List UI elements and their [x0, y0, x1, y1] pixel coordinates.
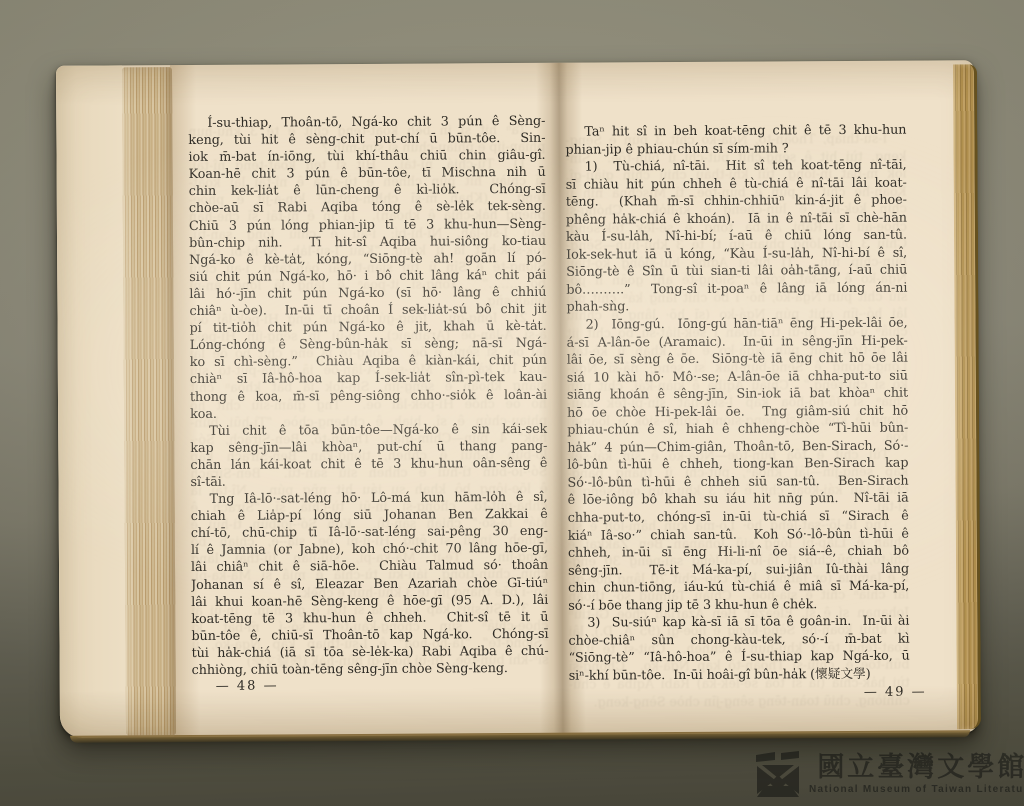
text-line: 3) Su-siúⁿ kap kà-sī iā sī tōa ê goân-in… — [568, 613, 909, 633]
text-line: lâi khui koan-hē Sèng-keng ê hōe-gī (95 … — [191, 591, 548, 610]
text-line: 1) Tù-chiá, nî-tāi. Hit sî teh koat-tēng… — [566, 157, 907, 177]
text-line: Siōng-tè ê Sîn ū tùi sian-ti lâi oa̍h-tā… — [566, 262, 907, 282]
text-line: lâi hó·-jīn chit pún Ngá-ko (sī hō· lâng… — [189, 284, 546, 303]
text-line: chhiòng, chiū toàn-tēng sêng-jīn chòe Sè… — [192, 660, 549, 679]
text-line: lâi chiâⁿ chit ê siā-hōe. Chiàu Talmud s… — [191, 557, 548, 576]
text-line: sêng-jīn. Tē-it Má-ka-pí, sui-jiân Iû-th… — [568, 560, 909, 580]
text-line: chiâⁿ ù-òe). In-ūi tī choân Í sek-lia̍t-… — [189, 301, 546, 320]
text-line: tēng. (Khah m̄-sī chhin-chhiūⁿ kin-á-jit… — [566, 192, 907, 212]
text-line: chòe-aū sī Rabi Aqiba tóng ê sè-le̍k tek… — [189, 198, 546, 217]
text-line: Só·-lô-bûn tì-hūi ê chheh siū san-tû. Be… — [567, 473, 908, 493]
text-line: Taⁿ hit sî in beh koat-tēng chit ê tē 3 … — [565, 122, 906, 142]
text-line: lô-bûn tì-hūi ê chheh, tiong-kan Ben-Sir… — [567, 455, 908, 475]
text-line: chheh, in-ūi sī ēng Hi-li-nî ōe siá--ê, … — [568, 543, 909, 563]
text-line: Johanan sí ê sî, Eleazar Ben Azariah chò… — [191, 574, 548, 593]
text-line: kap sêng-jīn—lâi khòaⁿ, put-chí ū thang … — [190, 438, 547, 457]
text-line: chha-put-to, chóng-sī in-ūi tù-chiá sī “… — [568, 508, 909, 528]
book-bottom-edge — [70, 730, 970, 742]
text-line: chhiòng, chiū toàn-tēng sêng-jīn chòe Sè… — [569, 692, 910, 712]
text-line: phêng ha̍k-chiá ê khoán). Iā in ê nî-tāi… — [566, 209, 907, 229]
text-line: siá 10 kài hō· Mô·-se; A-lân-ōe iā chha-… — [567, 367, 908, 387]
text-line: phiau-chún ê sî, hiah ê chheng-chòe “Tì-… — [567, 420, 908, 440]
text-line: chòe-chiâⁿ sûn chong-kàu-tek, só·-í m̄-b… — [568, 630, 909, 650]
text-line: sī chiàu hit pún chheh ê tù-chiá ê nî-tā… — [566, 174, 907, 194]
left-page-number: — 48 — — [216, 678, 279, 693]
left-page-outer-margin — [56, 65, 126, 737]
text-line: 2) Iōng-gú. Iōng-gú hān-tiāⁿ ēng Hi-pek-… — [566, 315, 907, 335]
text-line: bûn-chip nih. Tī hit-sî Aqiba hui-siông … — [189, 232, 546, 251]
text-line: siú chit pún Ngá-ko, hō· i bô chit lâng … — [189, 267, 546, 286]
text-line: kiáⁿ Iâ-so·” chiah san-tû. Koh Só·-lô-bû… — [568, 525, 909, 545]
text-line: hō ōe chòe Hi-pek-lâi ōe. Tng giâm-siú c… — [567, 402, 908, 422]
text-line: kàu Í-su-la̍h, Nî-hi-bí; í-aū ê chiū lón… — [566, 227, 907, 247]
museum-name-en: National Museum of Taiwan Literature — [809, 784, 1024, 796]
text-line: sî-tāi. — [190, 472, 547, 491]
text-line: chiah ê Lia̍p-pí lóng siū Johanan Ben Za… — [191, 506, 548, 525]
text-line: keng, tùi hit ê sèng-chit put-chí ū būn-… — [188, 130, 545, 149]
page-edge-stack-right — [953, 64, 981, 729]
museum-logo-icon — [754, 749, 802, 799]
text-line: chí-tō, chū-chip tī Iâ-lō·-sat-léng sai-… — [191, 523, 548, 542]
text-line: pí tit-tio̍h chit pún Ngá-ko ê jit, khah… — [190, 318, 547, 337]
page-edge-stack-left — [122, 67, 176, 735]
photo-of-open-book: { "left_page": { "page_number": "— 48 —"… — [0, 0, 1024, 806]
text-line: chiàⁿ sī Iâ-hô-hoa kap Í-sek-lia̍t sîn-p… — [190, 369, 547, 388]
text-line: siāng khoán ê sêng-jīn, Sin-iok iā bat k… — [567, 385, 908, 405]
text-line: Lóng-chóng ê Sèng-bûn-ha̍k sī sèng; nā-s… — [190, 335, 547, 354]
right-page-number: — 49 — — [864, 685, 927, 700]
right-page-text: Í-su-thiap, Thoân-tō, Ngá-ko chit 3 pún … — [565, 122, 909, 686]
text-line: thong ê koa, m̄-sī pêng-siông chho·-sio̍… — [190, 386, 547, 405]
text-line: Koan-hē chit 3 pún ê būn-tôe, tī Mischna… — [189, 164, 546, 183]
text-line: “Siōng-tè” “Iâ-hô-hoa” ê Í-su-thiap kap … — [569, 648, 910, 668]
text-line: iok m̄-bat ín-iōng, tùi khí-thâu chiū ch… — [188, 147, 545, 166]
text-line: Í-su-thiap, Thoân-tō, Ngá-ko chit 3 pún … — [188, 113, 545, 132]
text-line: Tng Iâ-lō·-sat-léng hō· Lô-má kun hām-lo… — [191, 489, 548, 508]
text-line: koa. — [190, 403, 547, 422]
museum-name-cjk: 國立臺灣文學館 — [817, 753, 1024, 783]
text-line: chin kek-lia̍t ê lūn-cheng ê kì-lio̍k. C… — [189, 181, 546, 200]
text-line: Ngá-ko ê kè-ta̍t, kóng, “Siōng-tè ah! go… — [189, 250, 546, 269]
text-line: Chiū 3 pún lóng phian-jip tī tē 3 khu-hu… — [189, 215, 546, 234]
text-line: só·-í bōe thang jip tē 3 khu-hun ê che̍k… — [568, 595, 909, 615]
text-line: chān lán kái-koat chit ê tē 3 khu-hun oâ… — [190, 455, 547, 474]
text-line: Tùi chit ê tōa būn-tôe—Ngá-ko ê sin kái-… — [190, 421, 547, 440]
left-page-text: Taⁿ hit sî in beh koat-tēng chit ê tē 3 … — [188, 113, 548, 679]
text-line: ko sī chì-sèng.” Chiàu Aqiba ê kiàn-kái,… — [190, 352, 547, 371]
text-line: lâi ōe, sī sèng ê ōe. Siōng-tè iā ēng ch… — [567, 350, 908, 370]
text-line: ê lōe-iông bô khah su iáu hit nn̄g pún. … — [568, 490, 909, 510]
text-line: phah-sǹg. — [566, 297, 907, 317]
text-line: būn-tôe ê, chiū-sī Thoân-tō kap Ngá-ko. … — [191, 626, 548, 645]
text-line: tùi ha̍k-chiá (iā sī tōa sè-le̍k-ka) Rab… — [191, 643, 548, 662]
text-line: bô……….” Tong-sî it-poaⁿ ê lâng iā lóng á… — [566, 280, 907, 300]
text-line: siⁿ-khí būn-tôe. In-ūi hoâi-gî bûn-ha̍k … — [569, 666, 910, 686]
text-line: á-sī A-lân-ōe (Aramaic). In-ūi in sêng-j… — [567, 332, 908, 352]
text-line: Iok-sek-hut iā ū kóng, “Kàu Í-su-la̍h, N… — [566, 244, 907, 264]
text-line: koat-tēng tē 3 khu-hun ê chheh. Chit-sî … — [191, 609, 548, 628]
text-line: lí ê Jamnia (or Jabne), koh chó·-chit 70… — [191, 540, 548, 559]
text-line: phian-jip ê phiau-chún sī sím-mih ? — [565, 139, 906, 159]
text-line: chin chun-tiōng, iáu-kú tù-chiá ê miâ sī… — [568, 578, 909, 598]
text-line: ha̍k” 4 pún—Chim-giân, Thoân-tō, Ben-Sir… — [567, 437, 908, 457]
museum-watermark: 國立臺灣文學館 National Museum of Taiwan Litera… — [754, 744, 1022, 804]
open-book: Taⁿ hit sî in beh koat-tēng chit ê tē 3 … — [56, 60, 978, 738]
